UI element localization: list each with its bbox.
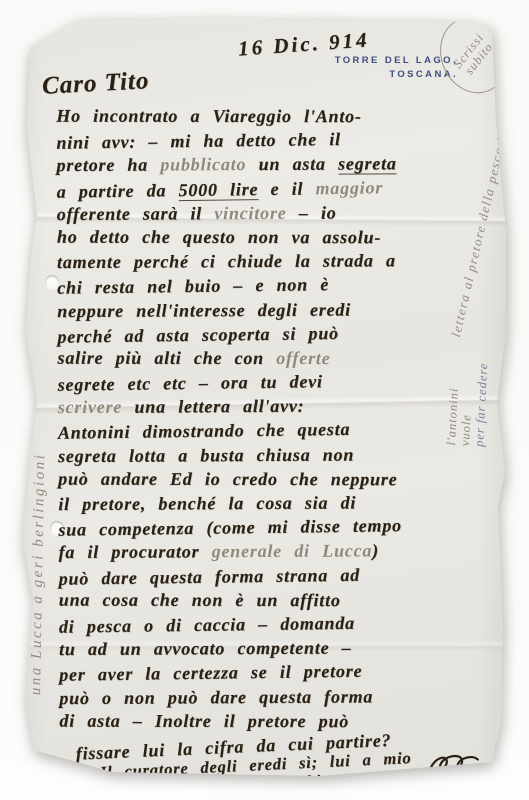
letter-paper: TORRE DEL LAGO, TOSCANA. 16 Dic. 914 Car…: [20, 14, 510, 780]
handwritten-text: chi resta nel buio – e non è: [57, 274, 329, 298]
handwritten-text: offerente sarà il: [57, 203, 215, 224]
handwritten-line: Ho incontrato a Viareggio l'Anto-: [56, 106, 472, 131]
handwritten-text: una lettera all'avv:: [122, 396, 304, 417]
handwritten-text: fa il procurator: [58, 542, 211, 563]
handwritten-text: tu ad un avvocato competente –: [59, 638, 352, 660]
handwritten-text: di pesca o di caccia – domanda: [59, 613, 355, 637]
handwritten-text: perché ad asta scoperta si può: [57, 323, 339, 347]
handwritten-text: vincitore: [214, 203, 286, 223]
handwritten-text: e il: [258, 178, 316, 199]
handwritten-line: perché ad asta scoperta si può: [57, 321, 473, 351]
handwritten-text: può andare Ed io credo che neppure: [58, 468, 397, 489]
handwritten-line: segreta lotta a busta chiusa non: [58, 444, 474, 470]
handwritten-text: scrivere: [58, 397, 122, 417]
circled-pencil-note: Scrissi subito: [429, 6, 519, 103]
letter-paper-wrap: TORRE DEL LAGO, TOSCANA. 16 Dic. 914 Car…: [0, 0, 529, 800]
handwritten-text: sua competenza (come mi disse tempo: [58, 515, 402, 539]
handwritten-text: nini avv: – mi ha detto che il: [56, 129, 341, 153]
handwritten-text: segrete etc etc – ora tu devi: [58, 371, 323, 394]
handwritten-line: fa il procurator generale di Lucca): [58, 540, 474, 566]
handwritten-text: tamente perché ci chiude la strada a: [57, 250, 396, 272]
handwritten-text: generale di Lucca: [212, 541, 373, 562]
letterhead-region: TOSCANA.: [335, 68, 458, 82]
handwritten-text: Antonini dimostrando che questa: [58, 419, 351, 443]
handwritten-text: Ho incontrato a Viareggio l'Anto-: [56, 106, 361, 127]
handwritten-line: una cosa che non è un affitto: [59, 589, 475, 614]
right-margin-vertical-note: l'antoninivuoleper far cedere: [444, 361, 490, 447]
handwritten-line: salire più alti che con offerte: [58, 348, 474, 373]
greeting: Caro Tito: [41, 67, 150, 101]
handwritten-text: per aver la certezza se il pretore: [59, 661, 362, 685]
handwritten-line: può o non può dare questa forma: [59, 685, 475, 711]
photo-background: TORRE DEL LAGO, TOSCANA. 16 Dic. 914 Car…: [0, 0, 529, 800]
handwritten-text: offerte: [276, 348, 330, 368]
handwritten-text: – io: [286, 202, 336, 222]
handwritten-text: 5000 lire: [178, 179, 258, 201]
handwritten-text: salire più alti che con: [58, 348, 277, 368]
handwritten-text: ho detto che questo non va assolu-: [57, 227, 381, 248]
handwritten-line: neppure nell'interesse degli eredi: [57, 298, 473, 324]
handwritten-text: pubblicato: [160, 154, 246, 174]
handwritten-line: offerente sarà il vincitore – io: [57, 202, 473, 228]
handwritten-text: un asta: [246, 154, 338, 174]
handwritten-text: può dare questa forma strana ad: [59, 564, 361, 588]
handwritten-text: neppure nell'interesse degli eredi: [57, 299, 351, 321]
handwritten-line: ho detto che questo non va assolu-: [57, 227, 473, 252]
letter-body: Ho incontrato a Viareggio l'Anto-nini av…: [56, 105, 476, 791]
printed-letterhead: TORRE DEL LAGO, TOSCANA.: [335, 54, 458, 82]
handwritten-text: pretore ha: [56, 155, 160, 176]
handwritten-text: il pretore, benché la cosa sia di: [58, 493, 356, 515]
left-margin-vertical-note: una Lucca a geri berlingioni: [28, 453, 49, 696]
handwritten-line: può andare Ed io credo che neppure: [58, 468, 474, 493]
handwritten-text: a partire da: [57, 180, 179, 202]
handwritten-line: può dare questa forma strana ad: [59, 563, 475, 593]
handwritten-text: di asta – Inoltre il pretore può: [59, 710, 349, 731]
handwritten-text: ): [372, 541, 379, 561]
handwritten-text: può o non può dare questa forma: [59, 686, 373, 708]
handwritten-text: segreta: [338, 154, 397, 175]
handwritten-line: a partire da 5000 lire e il maggior: [57, 176, 473, 206]
signature-flourish: [427, 749, 481, 776]
handwritten-text: segreta lotta a busta chiusa non: [58, 444, 354, 466]
handwritten-text: maggior: [315, 177, 383, 198]
pencil-note-line: per far cedere: [472, 362, 490, 447]
handwritten-line: pretore ha pubblicato un asta segreta: [56, 153, 472, 179]
handwritten-text: una cosa che non è un affitto: [59, 589, 341, 609]
